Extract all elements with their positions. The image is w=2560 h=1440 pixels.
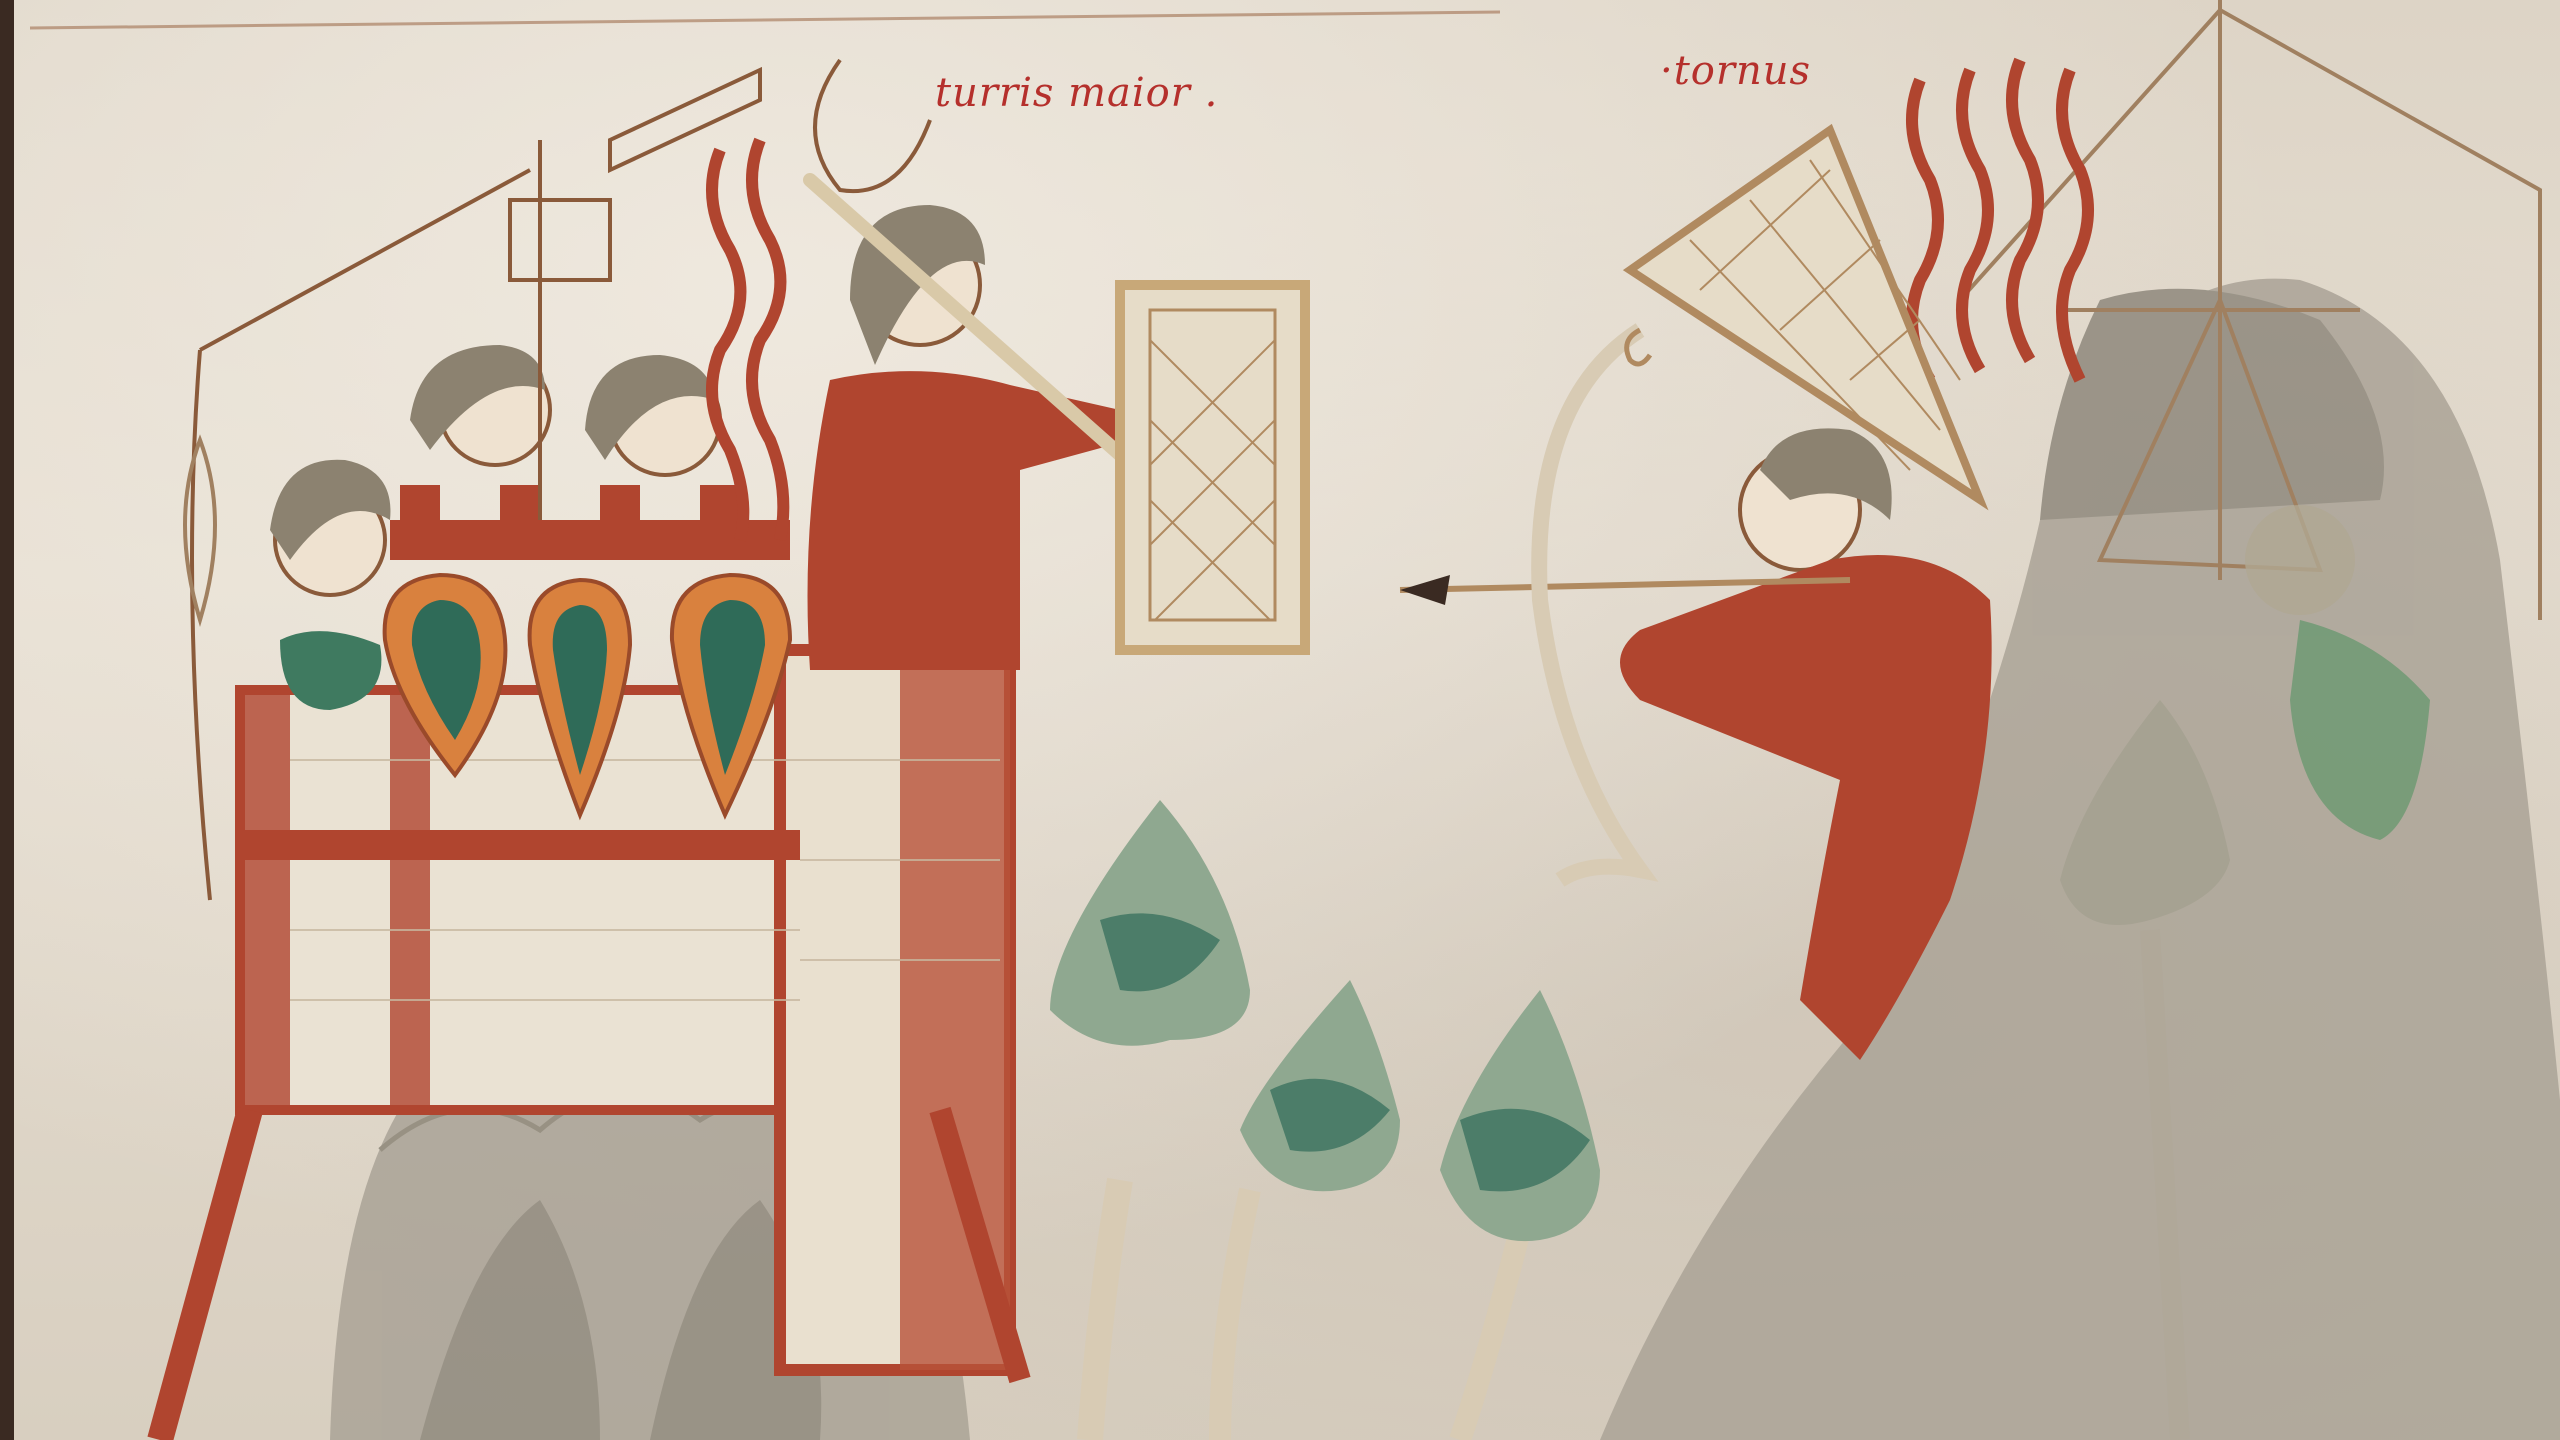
manuscript-page: turris maior . ·tornus <box>0 0 2560 1440</box>
tower-banners <box>712 140 783 540</box>
archer-banners <box>1912 60 2088 380</box>
illustration <box>0 0 2560 1440</box>
mountain-right <box>1600 279 2560 1440</box>
net-shield-tower <box>1120 285 1305 650</box>
left-ornament <box>185 440 215 620</box>
